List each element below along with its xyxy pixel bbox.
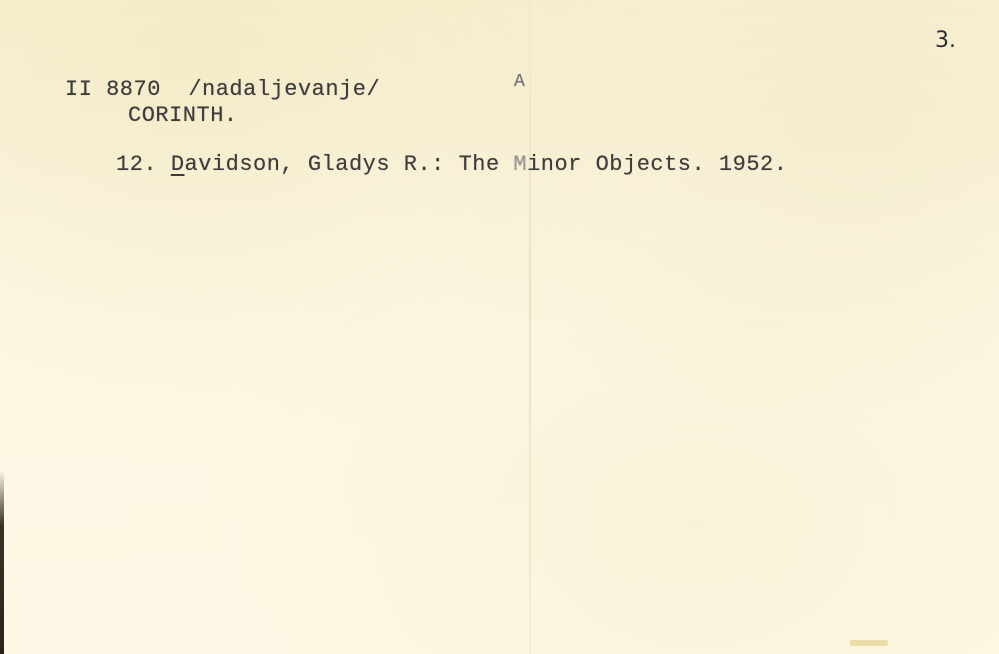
handwritten-page-number: 3. [935, 28, 956, 53]
title-rest: inor Objects. 1952. [527, 152, 787, 177]
entry-number: 12. [116, 152, 157, 177]
call-number-line: II 8870 /nadaljevanje/ [65, 77, 380, 102]
card-crease [529, 0, 531, 654]
author-initial: D [171, 152, 185, 177]
typed-mark: A [514, 72, 525, 92]
card-edge-shadow [0, 470, 4, 654]
paper-stain [850, 640, 888, 646]
catalog-card: 3. II 8870 /nadaljevanje/ A CORINTH. 12.… [0, 0, 999, 654]
author-name: avidson, Gladys R.: [185, 152, 445, 177]
continuation-note: /nadaljevanje/ [188, 77, 380, 102]
bibliographic-entry: 12. Davidson, Gladys R.: The Minor Objec… [116, 152, 787, 177]
title-faint-letter: M [513, 152, 527, 177]
call-number: II 8870 [65, 77, 161, 102]
series-title: CORINTH. [128, 103, 238, 128]
title-prefix: The [459, 152, 514, 177]
